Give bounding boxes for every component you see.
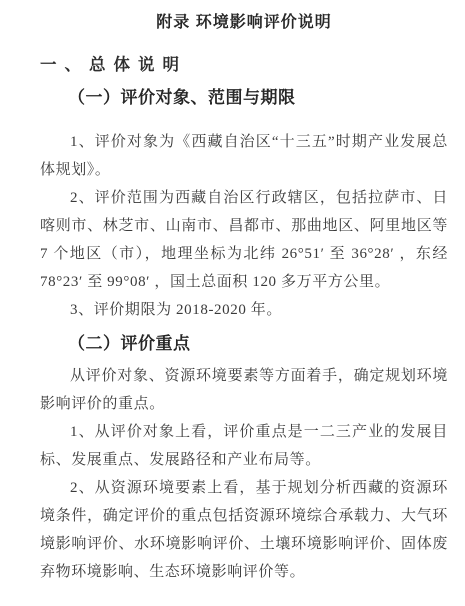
subsection-heading-focus: （二）评价重点: [40, 334, 448, 354]
subsection-heading-scope: （一）评价对象、范围与期限: [40, 88, 448, 108]
section-heading-general: 一、总体说明: [40, 56, 448, 74]
paragraph-evaluation-scope: 2、评价范围为西藏自治区行政辖区，包括拉萨市、日喀则市、林芝市、山南市、昌都市、…: [40, 184, 448, 296]
document-page: 附录 环境影响评价说明 一、总体说明 （一）评价对象、范围与期限 1、评价对象为…: [0, 0, 465, 606]
paragraph-evaluation-object: 1、评价对象为《西藏自治区“十三五”时期产业发展总体规划》。: [40, 128, 448, 184]
paragraph-focus-resources: 2、从资源环境要素上看，基于规划分析西藏的资源环境条件，确定评价的重点包括资源环…: [40, 474, 448, 586]
document-title: 附录 环境影响评价说明: [40, 12, 448, 34]
paragraph-evaluation-period: 3、评价期限为 2018-2020 年。: [40, 296, 448, 324]
paragraph-focus-object: 1、从评价对象上看，评价重点是一二三产业的发展目标、发展重点、发展路径和产业布局…: [40, 418, 448, 474]
paragraph-focus-intro: 从评价对象、资源环境要素等方面着手，确定规划环境影响评价的重点。: [40, 362, 448, 418]
